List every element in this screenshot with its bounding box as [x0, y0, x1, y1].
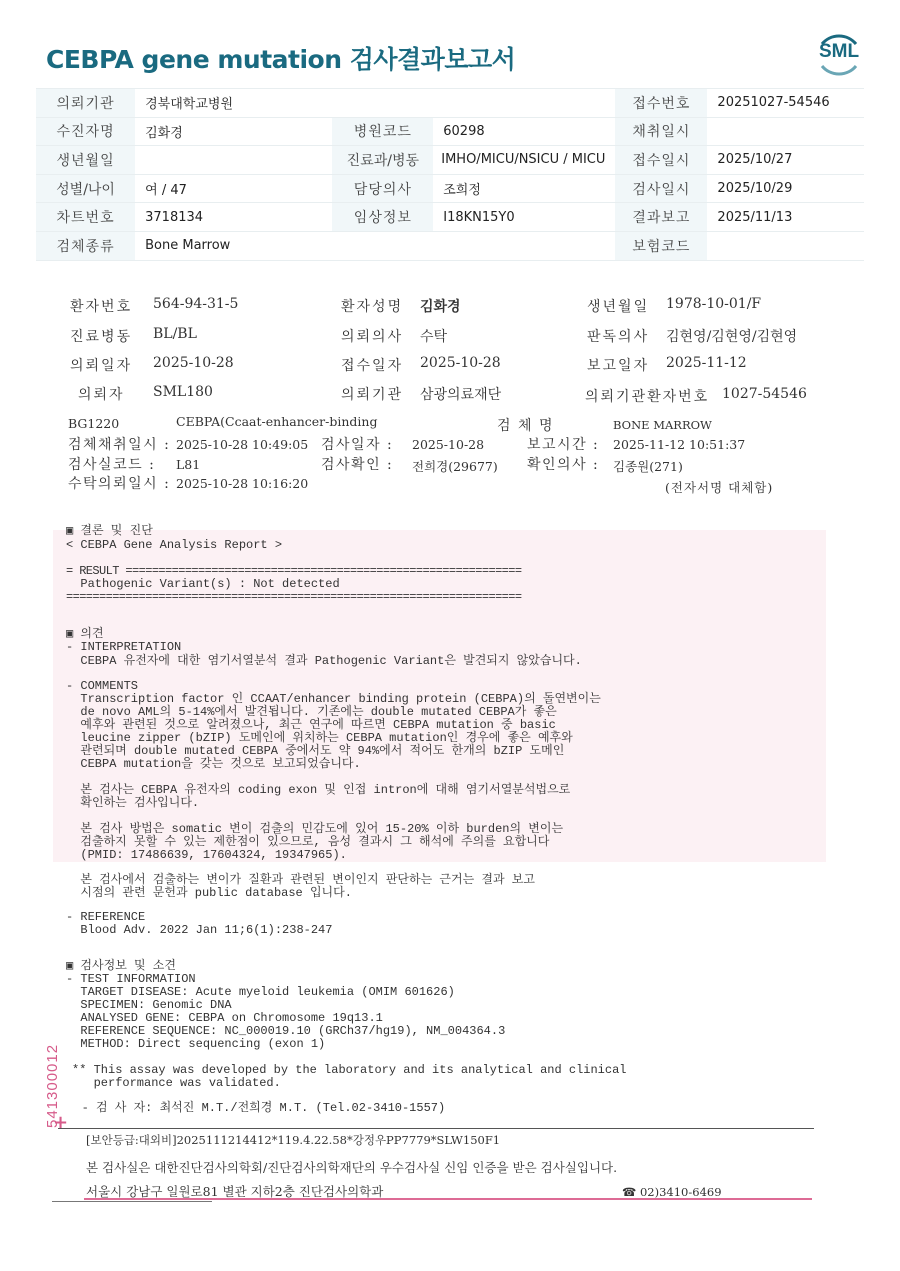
label-chart-number: 차트번호 — [36, 203, 135, 232]
label-test-date-2: 검사일자 : — [321, 437, 393, 453]
value-hospital-code: 60298 — [433, 117, 615, 146]
label-specimen-name: 검 체 명 — [497, 418, 554, 434]
value-birthdate — [135, 146, 332, 175]
label-collect-time: 검체채취일시 : — [68, 437, 170, 453]
value-inst-patient-no: 1027-54546 — [722, 386, 807, 402]
label-attending-doctor: 담당의사 — [332, 174, 433, 203]
label-outsource-time: 수탁의뢰일시 : — [68, 476, 170, 492]
plus-mark-icon: + — [53, 1112, 68, 1133]
value-specimen-name: BONE MARROW — [613, 418, 712, 432]
label-test-date: 검사일시 — [615, 174, 707, 203]
comment-para-2: 확인하는 검사입니다. — [66, 797, 199, 810]
label-patient-name: 수진자명 — [36, 117, 135, 146]
label-confirm-doctor: 확인의사 : — [527, 457, 599, 473]
table-row: 검체종류 Bone Marrow 보험코드 — [36, 231, 864, 260]
conclusion-heading: ▣ 결론 및 진단 — [66, 525, 153, 538]
examiner-line: - 검 사 자: 최석진 M.T./전희경 M.T. (Tel.02-3410-… — [60, 1102, 445, 1115]
value-receipt-number: 20251027-54546 — [707, 89, 864, 118]
label-patient-name-2: 환자성명 — [341, 296, 403, 316]
empty-cell — [433, 89, 615, 118]
assay-note: performance was validated. — [72, 1077, 281, 1090]
value-recv-date: 2025-10-28 — [420, 355, 501, 371]
label-clinical-info: 임상정보 — [332, 203, 433, 232]
value-department: IMHO/MICU/NSICU / MICU — [433, 146, 615, 175]
footer-bottom-rule — [52, 1201, 212, 1202]
value-patient-name: 김화경 — [135, 117, 332, 146]
value-report-date: 2025-11-12 — [666, 355, 747, 371]
test-name: CEBPA(Ccaat-enhancer-binding — [176, 414, 377, 429]
comment-para-3: (PMID: 17486639, 17604324, 19347965). — [66, 849, 347, 862]
comment-para-4: 시점의 관련 문헌과 public database 입니다. — [66, 887, 352, 900]
label-report-date: 보고일자 — [587, 355, 649, 375]
table-row: 성별/나이 여 / 47 담당의사 조희정 검사일시 2025/10/29 — [36, 174, 864, 203]
value-receipt-date: 2025/10/27 — [707, 146, 864, 175]
value-outsource-time: 2025-10-28 10:16:20 — [176, 476, 308, 491]
label-insurance-code: 보험코드 — [615, 231, 707, 260]
empty-cell — [433, 231, 615, 260]
phone-number: 02)3410-6469 — [640, 1185, 722, 1199]
label-specimen-type: 검체종류 — [36, 231, 135, 260]
sml-logo: SML — [812, 28, 866, 80]
value-sex-age: 여 / 47 — [135, 174, 332, 203]
reference-text: Blood Adv. 2022 Jan 11;6(1):238-247 — [66, 924, 332, 937]
phone-icon: ☎ — [622, 1185, 636, 1199]
esign-note: (전자서명 대체함) — [665, 478, 773, 496]
label-birthdate: 생년월일 — [36, 146, 135, 175]
label-ref-inst: 의뢰기관 — [341, 384, 403, 404]
value-reading-doctor: 김현영/김현영/김현영 — [666, 326, 797, 346]
value-collection-time — [707, 117, 864, 146]
value-confirm: 전희경(29677) — [412, 457, 498, 475]
value-confirm-doctor: 김종원(271) — [613, 457, 683, 475]
value-test-date: 2025/10/29 — [707, 174, 864, 203]
value-ref-inst: 삼광의료재단 — [420, 384, 501, 404]
label-lab-code: 검사실코드 : — [68, 457, 155, 473]
value-patient-no: 564-94-31-5 — [153, 296, 238, 312]
interpretation-text: CEBPA 유전자에 대한 염기서열분석 결과 Pathogenic Varia… — [66, 655, 582, 668]
label-ward: 진료병동 — [70, 326, 132, 346]
footer-divider — [58, 1128, 814, 1129]
value-report-time: 2025-11-12 10:51:37 — [613, 437, 745, 452]
test-code: BG1220 — [68, 416, 119, 431]
value-ref-doctor: 수탁 — [420, 326, 447, 346]
interpretation-label: - INTERPRETATION — [66, 641, 181, 654]
label-reading-doctor: 판독의사 — [587, 326, 649, 346]
footer-pink-rule — [84, 1198, 812, 1200]
label-department: 진료과/병동 — [332, 146, 433, 175]
label-ref-date: 의뢰일자 — [70, 355, 132, 375]
empty-cell — [332, 231, 433, 260]
label-requesting-institution: 의뢰기관 — [36, 89, 135, 118]
result-separator-end: ========================================… — [66, 591, 521, 604]
logo-text: SML — [812, 41, 866, 63]
value-result-report: 2025/11/13 — [707, 203, 864, 232]
testinfo-line: METHOD: Direct sequencing (exon 1) — [66, 1038, 325, 1051]
label-receipt-date: 접수일시 — [615, 146, 707, 175]
security-line: [보안등급:대외비]2025111214412*119.4.22.58*강정우P… — [86, 1132, 500, 1148]
side-serial-number: 541300012 — [44, 1008, 64, 1128]
table-row: 수진자명 김화경 병원코드 60298 채취일시 — [36, 117, 864, 146]
label-report-time: 보고시간 : — [527, 437, 599, 453]
label-dob: 생년월일 — [587, 296, 649, 316]
table-row: 의뢰기관 경북대학교병원 접수번호 20251027-54546 — [36, 89, 864, 118]
value-chart-number: 3718134 — [135, 203, 332, 232]
report-title: < CEBPA Gene Analysis Report > — [66, 539, 282, 552]
value-ward: BL/BL — [153, 326, 197, 342]
label-hospital-code: 병원코드 — [332, 117, 433, 146]
label-ref-doctor: 의뢰의사 — [341, 326, 403, 346]
value-test-date-2: 2025-10-28 — [412, 437, 484, 452]
comment-line: CEBPA mutation을 갖는 것으로 보고되었습니다. — [66, 758, 361, 771]
label-collection-time: 채취일시 — [615, 117, 707, 146]
page-title: CEBPA gene mutation 검사결과보고서 — [46, 40, 515, 76]
value-clinical-info: I18KN15Y0 — [433, 203, 615, 232]
label-confirm: 검사확인 : — [321, 457, 393, 473]
label-sex-age: 성별/나이 — [36, 174, 135, 203]
label-inst-patient-no: 의뢰기관환자번호 — [585, 386, 709, 406]
table-row: 차트번호 3718134 임상정보 I18KN15Y0 결과보고 2025/11… — [36, 203, 864, 232]
value-patient-name-2: 김화경 — [420, 296, 461, 316]
empty-cell — [332, 89, 433, 118]
value-collect-time: 2025-10-28 10:49:05 — [176, 437, 308, 452]
request-info-table: 의뢰기관 경북대학교병원 접수번호 20251027-54546 수진자명 김화… — [36, 88, 864, 261]
table-row: 생년월일 진료과/병동 IMHO/MICU/NSICU / MICU 접수일시 … — [36, 146, 864, 175]
value-attending-doctor: 조희정 — [433, 174, 615, 203]
value-requester: SML180 — [153, 384, 213, 400]
value-ref-date: 2025-10-28 — [153, 355, 234, 371]
label-recv-date: 접수일자 — [341, 355, 403, 375]
value-dob: 1978-10-01/F — [666, 296, 761, 312]
label-result-report: 결과보고 — [615, 203, 707, 232]
label-requester: 의뢰자 — [78, 384, 125, 404]
label-patient-no: 환자번호 — [70, 296, 132, 316]
label-receipt-number: 접수번호 — [615, 89, 707, 118]
value-lab-code: L81 — [176, 457, 200, 472]
value-requesting-institution: 경북대학교병원 — [135, 89, 332, 118]
value-specimen-type: Bone Marrow — [135, 231, 332, 260]
certification-line: 본 검사실은 대한진단검사의학회/진단검사의학재단의 우수검사실 신임 인증을 … — [86, 1158, 617, 1176]
value-insurance-code — [707, 231, 864, 260]
